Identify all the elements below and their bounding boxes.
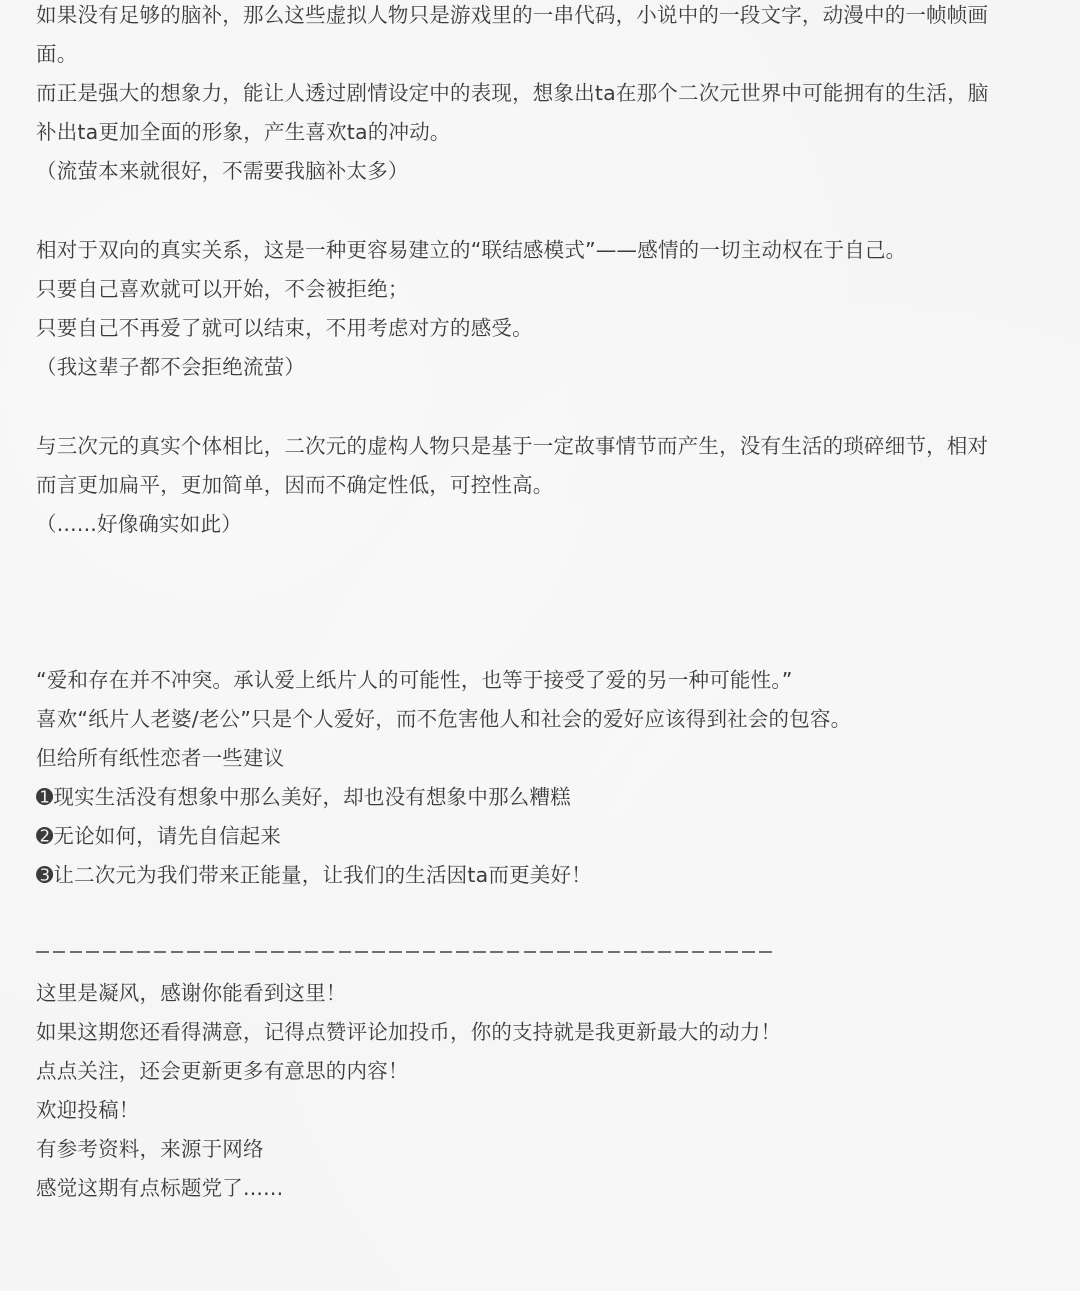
dash-segment (742, 951, 755, 953)
dash-segment (70, 951, 83, 953)
dash-segment (456, 951, 469, 953)
dash-segment (171, 951, 184, 953)
dash-segment (103, 951, 116, 953)
quote-line: “爱和存在并不冲突。承认爱上纸片人的可能性，也等于接受了爱的另一种可能性。” (36, 666, 793, 694)
paragraph-line: 只要自己喜欢就可以开始，不会被拒绝； (36, 275, 409, 303)
dash-segment (675, 951, 688, 953)
dash-segment (540, 951, 553, 953)
dashed-divider (36, 938, 776, 966)
dash-segment (53, 951, 66, 953)
paragraph-line: 只要自己不再爱了就可以结束，不用考虑对方的感受。 (36, 314, 533, 342)
paragraph-line: 但给所有纸性恋者一些建议 (36, 744, 284, 772)
paragraph-line: 如果没有足够的脑补，那么这些虚拟人物只是游戏里的一串代码，小说中的一段文字，动漫… (36, 1, 988, 29)
dash-segment (322, 951, 335, 953)
dash-segment (204, 951, 217, 953)
dash-segment (355, 951, 368, 953)
dash-segment (759, 951, 772, 953)
paragraph-line: 而言更加扁平，更加简单，因而不确定性低，可控性高。 (36, 471, 554, 499)
aside-note: （流萤本来就很好，不需要我脑补太多） (36, 157, 409, 185)
paragraph-line: 相对于双向的真实关系，这是一种更容易建立的“联结感模式”——感情的一切主动权在于… (36, 236, 906, 264)
dash-segment (692, 951, 705, 953)
dash-segment (137, 951, 150, 953)
dash-segment (725, 951, 738, 953)
dash-segment (641, 951, 654, 953)
suggestion-item-3: ➌让二次元为我们带来正能量，让我们的生活因ta而更美好！ (36, 861, 592, 889)
dash-segment (658, 951, 671, 953)
dash-segment (305, 951, 318, 953)
dash-segment (440, 951, 453, 953)
dash-segment (507, 951, 520, 953)
aside-note: （......好像确实如此） (36, 510, 242, 538)
dash-segment (86, 951, 99, 953)
dash-segment (238, 951, 251, 953)
dash-segment (255, 951, 268, 953)
aside-note: （我这辈子都不会拒绝流萤） (36, 353, 305, 381)
dash-segment (557, 951, 570, 953)
dash-segment (154, 951, 167, 953)
dash-segment (574, 951, 587, 953)
dash-segment (288, 951, 301, 953)
paragraph-line: 补出ta更加全面的形象，产生喜欢ta的冲动。 (36, 118, 451, 146)
dash-segment (490, 951, 503, 953)
dash-segment (372, 951, 385, 953)
suggestion-item-2: ➋无论如何，请先自信起来 (36, 822, 281, 850)
dash-segment (473, 951, 486, 953)
article-page: 如果没有足够的脑补，那么这些虚拟人物只是游戏里的一串代码，小说中的一段文字，动漫… (0, 0, 1080, 1291)
dash-segment (339, 951, 352, 953)
paragraph-line: 而正是强大的想象力，能让人透过剧情设定中的表现，想象出ta在那个二次元世界中可能… (36, 79, 989, 107)
footer-line: 如果这期您还看得满意，记得点赞评论加投币，你的支持就是我更新最大的动力！ (36, 1018, 781, 1046)
dash-segment (120, 951, 133, 953)
dash-segment (221, 951, 234, 953)
paragraph-line: 喜欢“纸片人老婆/老公”只是个人爱好，而不危害他人和社会的爱好应该得到社会的包容… (36, 705, 851, 733)
footer-line: 点点关注，还会更新更多有意思的内容！ (36, 1057, 409, 1085)
dash-segment (187, 951, 200, 953)
footer-line: 有参考资料，来源于网络 (36, 1135, 264, 1163)
dash-segment (423, 951, 436, 953)
paragraph-line: 与三次元的真实个体相比，二次元的虚构人物只是基于一定故事情节而产生，没有生活的琐… (36, 432, 988, 460)
footer-line: 感觉这期有点标题党了...... (36, 1174, 283, 1202)
dash-segment (608, 951, 621, 953)
dash-segment (591, 951, 604, 953)
dash-segment (524, 951, 537, 953)
suggestion-item-1: ➊现实生活没有想象中那么美好，却也没有想象中那么糟糕 (36, 783, 571, 811)
dash-segment (271, 951, 284, 953)
dash-segment (624, 951, 637, 953)
dash-segment (709, 951, 722, 953)
footer-line: 这里是凝风，感谢你能看到这里！ (36, 979, 347, 1007)
footer-line: 欢迎投稿！ (36, 1096, 140, 1124)
paragraph-line: 面。 (36, 40, 77, 68)
dash-segment (389, 951, 402, 953)
dash-segment (36, 951, 49, 953)
dash-segment (406, 951, 419, 953)
